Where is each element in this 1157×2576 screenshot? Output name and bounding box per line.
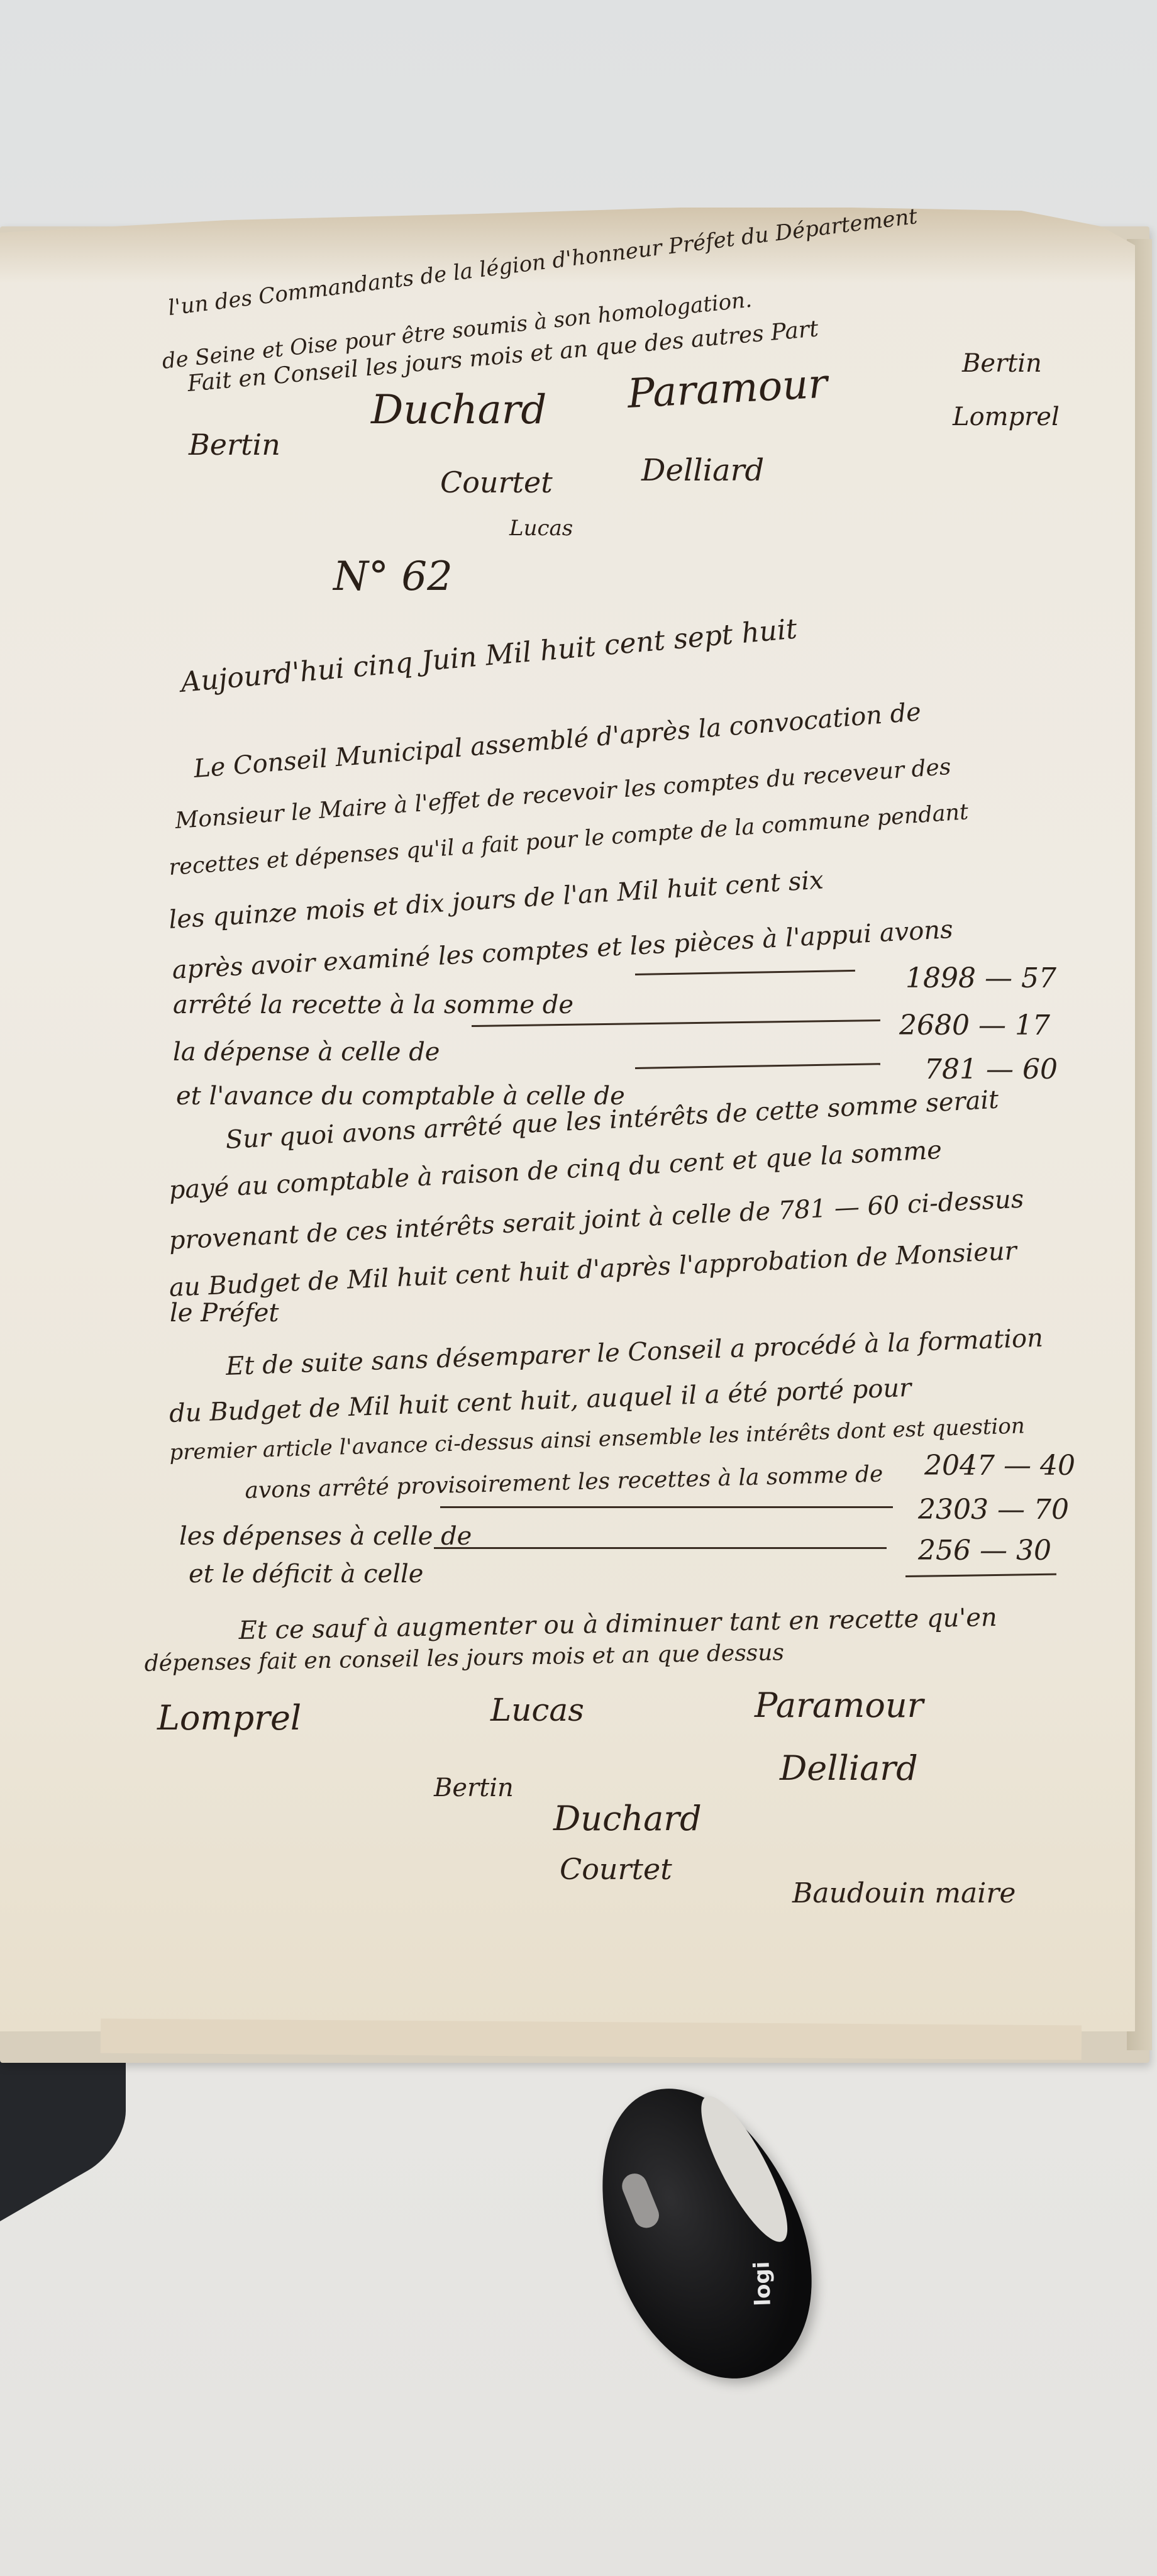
page-bottom-edge xyxy=(101,2019,1082,2060)
margin-signature-bertin: Bertin xyxy=(962,349,1042,378)
bottom-signature-delliard: Delliard xyxy=(780,1748,918,1788)
bottom-signature-paramour: Paramour xyxy=(755,1685,923,1725)
receipts-amount: 1898 — 57 xyxy=(905,962,1056,994)
bottom-signature-lucas: Lucas xyxy=(490,1692,584,1728)
bottom-signature-lomprel: Lomprel xyxy=(157,1698,301,1738)
signature-duchard: Duchard xyxy=(371,387,546,433)
advance-amount: 781 — 60 xyxy=(924,1053,1058,1085)
budget-receipts-amount: 2047 — 40 xyxy=(924,1450,1075,1482)
expenses-amount: 2680 — 17 xyxy=(899,1009,1050,1041)
budget-expenses-amount: 2303 — 70 xyxy=(918,1494,1069,1526)
bottom-signature-courtet: Courtet xyxy=(560,1852,672,1886)
budget-expenses-leader xyxy=(440,1506,893,1508)
signature-delliard: Delliard xyxy=(641,453,764,488)
mouse-scroll-wheel xyxy=(618,2170,663,2231)
bottom-signature-baudouin-maire: Baudouin maire xyxy=(792,1877,1016,1909)
signature-courtet: Courtet xyxy=(440,465,553,499)
mid-line-5: le Préfet xyxy=(170,1299,279,1328)
bottom-signature-bertin: Bertin xyxy=(434,1774,514,1802)
budget-expenses-label: les dépenses à celle de xyxy=(179,1522,472,1551)
receipts-label: arrêté la recette à la somme de xyxy=(173,991,573,1019)
margin-signature-lomprel: Lomprel xyxy=(953,402,1060,431)
computer-mouse: logi xyxy=(560,2057,848,2407)
entry-number: N° 62 xyxy=(333,553,453,600)
signature-lucas: Lucas xyxy=(509,516,573,541)
mouse-brand-logo: logi xyxy=(749,2261,775,2306)
mouse-accent-band xyxy=(687,2087,802,2251)
bottom-signature-duchard: Duchard xyxy=(553,1799,702,1838)
deficit-amount: 256 — 30 xyxy=(918,1535,1051,1567)
expenses-label: la dépense à celle de xyxy=(173,1038,440,1067)
deficit-label: et le déficit à celle xyxy=(189,1560,423,1589)
advance-label: et l'avance du comptable à celle de xyxy=(176,1082,625,1111)
deficit-leader xyxy=(434,1547,887,1549)
signature-bertin: Bertin xyxy=(189,428,280,462)
